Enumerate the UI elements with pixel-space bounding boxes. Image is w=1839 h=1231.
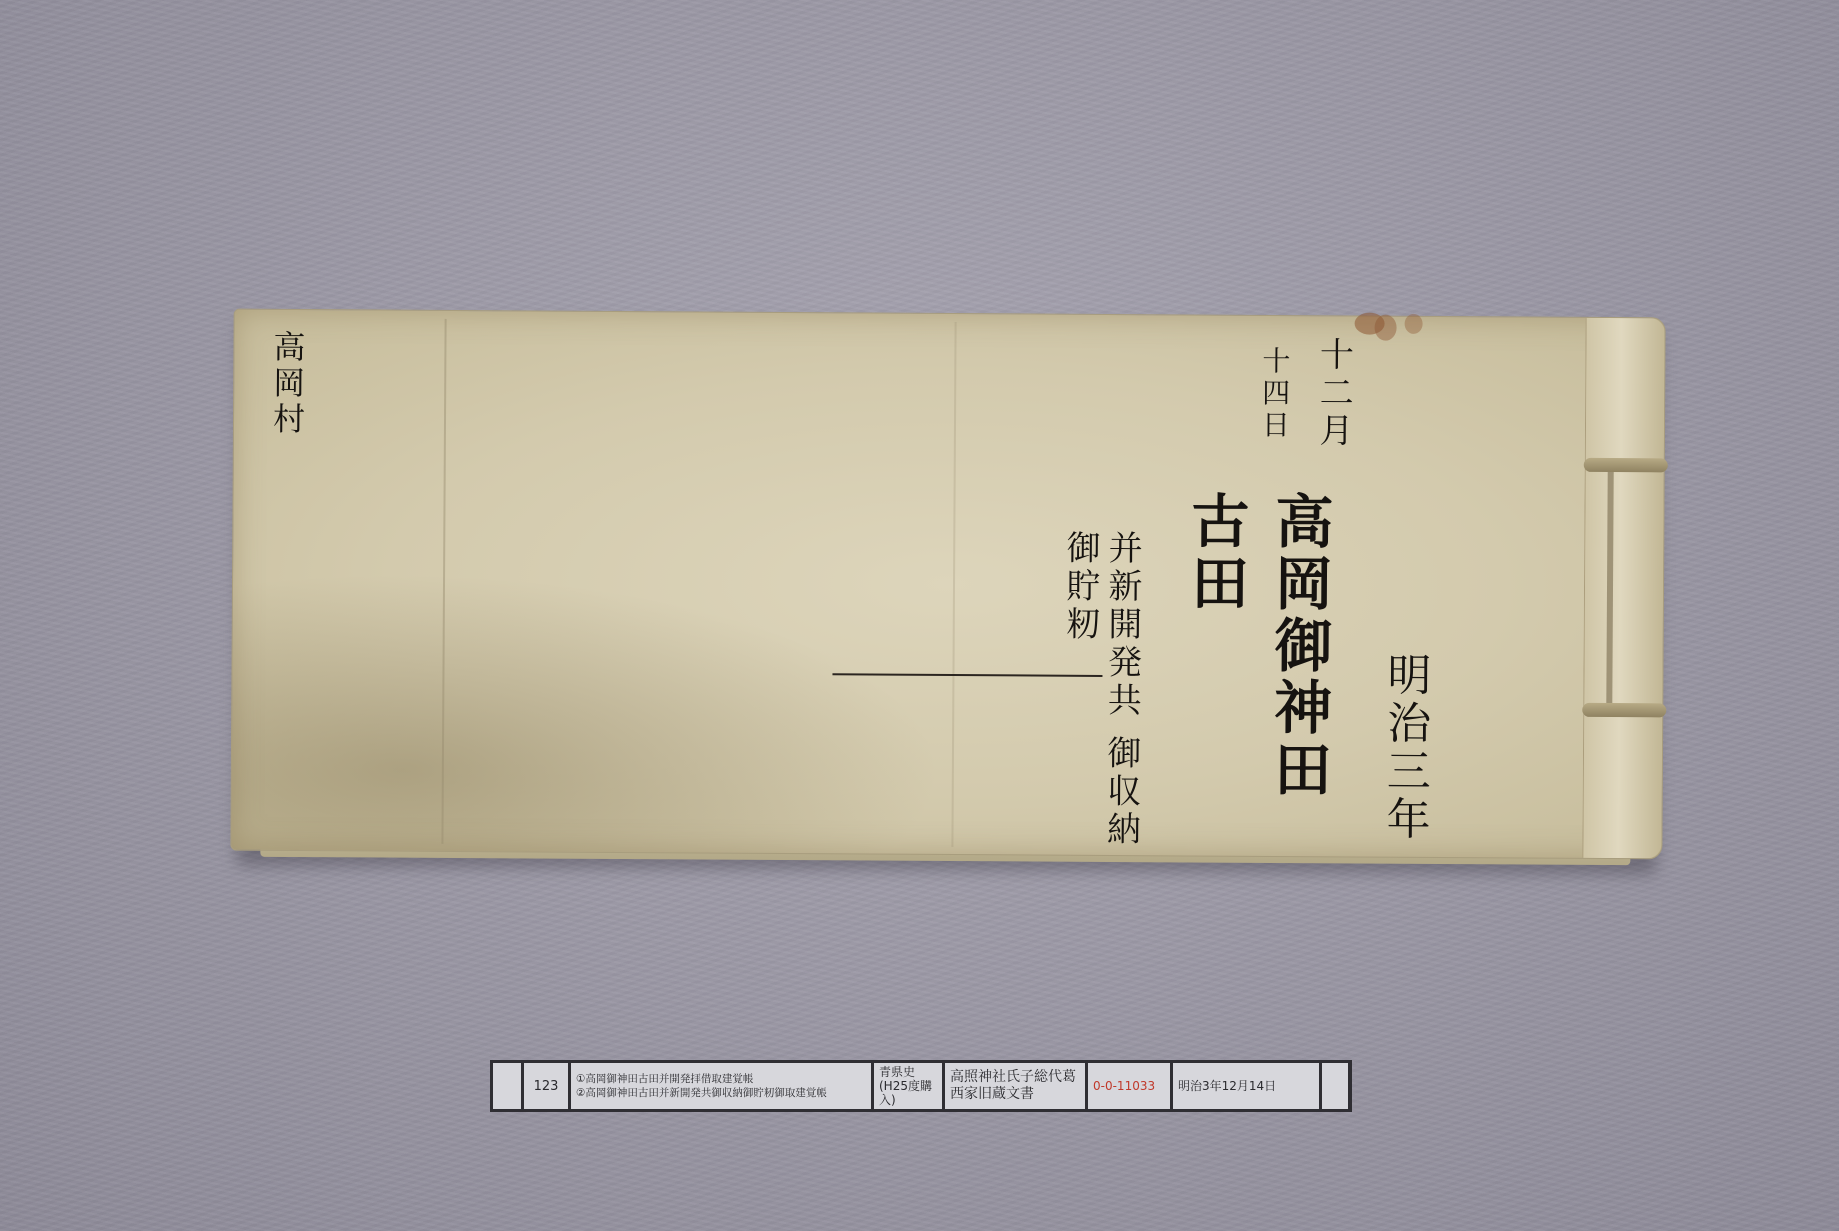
stain-mark xyxy=(1405,314,1423,334)
label-title-2: ②高岡御神田古田并新開発共御収納御貯籾御取建覚帳 xyxy=(576,1086,827,1100)
label-date: 明治3年12月14日 xyxy=(1173,1063,1319,1109)
binding-cord-bottom xyxy=(1582,703,1666,718)
cover-fold-line xyxy=(441,319,446,844)
label-blank-right xyxy=(1322,1063,1348,1109)
document-booklet: 高岡村 十二月 十四日 高岡御神田古田 并新開発共 御収納御貯籾 明治三年 xyxy=(230,309,1663,866)
annotation-month: 十二月 xyxy=(1309,336,1359,450)
label-code: 0-0-11033 xyxy=(1088,1063,1170,1109)
binding-cord-top xyxy=(1584,458,1668,473)
document-main-title: 高岡御神田古田 xyxy=(1171,490,1341,856)
document-sub-title: 并新開発共 御収納御貯籾 xyxy=(1051,530,1143,856)
label-source: 青県史(H25度購入) xyxy=(874,1063,942,1109)
date-underline xyxy=(832,673,1102,677)
label-title-1: ①高岡御神田古田并開発拝借取建覚帳 xyxy=(576,1072,753,1086)
annotation-day: 十四日 xyxy=(1254,346,1295,442)
cover-fold-line-2 xyxy=(951,322,956,847)
annotation-left: 高岡村 xyxy=(264,330,311,438)
label-blank-left xyxy=(493,1063,521,1109)
stain-mark xyxy=(1375,315,1397,341)
label-number: 123 xyxy=(524,1063,568,1109)
document-date: 明治三年 xyxy=(1371,652,1436,844)
label-collection: 高照神社氏子総代葛西家旧蔵文書 xyxy=(945,1063,1085,1109)
label-titles: ①高岡御神田古田并開発拝借取建覚帳 ②高岡御神田古田并新開発共御収納御貯籾御取建… xyxy=(571,1063,871,1109)
sub-title-line-1: 并新開発共 xyxy=(1101,530,1142,720)
booklet-cover: 高岡村 十二月 十四日 高岡御神田古田 并新開発共 御収納御貯籾 明治三年 xyxy=(230,309,1665,860)
booklet-spine xyxy=(1582,318,1664,858)
spine-strip xyxy=(1606,468,1613,708)
catalog-label-strip: 123 ①高岡御神田古田并開発拝借取建覚帳 ②高岡御神田古田并新開発共御収納御貯… xyxy=(490,1060,1352,1112)
